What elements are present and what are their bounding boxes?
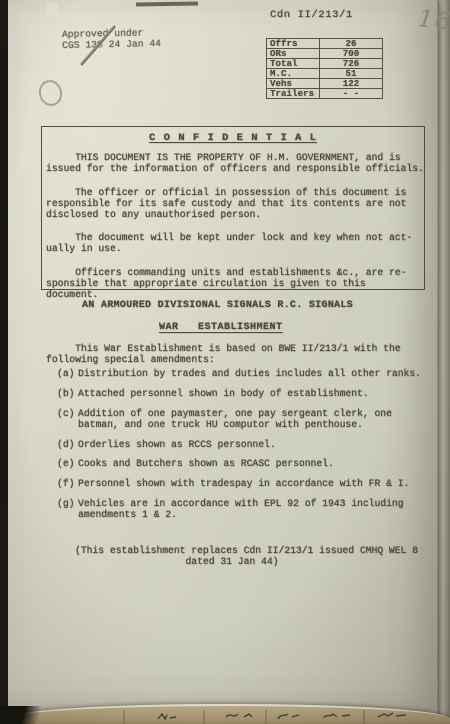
paper-chip: [46, 3, 58, 17]
table-label: Offrs: [267, 39, 320, 49]
table-row: Offrs 26: [267, 39, 383, 49]
list-item: (a) Distribution by trades and duties in…: [57, 368, 437, 379]
table-row: ORs 700: [267, 49, 383, 59]
item-label: (c): [57, 408, 78, 430]
item-label: (g): [57, 498, 78, 520]
table-value: 122: [320, 79, 383, 89]
document-photo: Cdn II/213/1 16 Approved under CGS 139 2…: [0, 0, 450, 724]
document-subtitle: WAR ESTABLISHMENT: [159, 322, 283, 333]
doc-reference: Cdn II/213/1: [270, 10, 353, 21]
confidential-paragraph: Officers commanding units and establishm…: [46, 267, 420, 301]
list-item: (g) Vehicles are in accordance with EPL …: [57, 498, 437, 520]
table-value: 700: [320, 49, 383, 59]
document-title: AN ARMOURED DIVISIONAL SIGNALS R.C. SIGN…: [82, 300, 353, 311]
summary-table: Offrs 26 ORs 700 Total 726 M.C. 51 Vehs …: [266, 38, 383, 99]
replacement-footnote: (This establishment replaces Cdn II/213/…: [75, 545, 418, 567]
table-label: ORs: [267, 49, 320, 59]
item-text: Addition of one paymaster, one pay serge…: [78, 408, 392, 430]
item-text: Cooks and Butchers shown as RCASC person…: [78, 458, 334, 469]
table-label: Trailers: [267, 89, 320, 99]
item-label: (d): [57, 439, 78, 450]
table-value: 726: [320, 59, 383, 69]
table-value: 26: [320, 39, 383, 49]
list-item: (e) Cooks and Butchers shown as RCASC pe…: [57, 458, 437, 469]
intro-paragraph: This War Establishment is based on BWE I…: [46, 343, 401, 365]
pencil-page-number: 16: [417, 4, 450, 35]
list-item: (c) Addition of one paymaster, one pay s…: [57, 408, 437, 430]
confidential-paragraph: The document will be kept under lock and…: [46, 232, 420, 254]
document-page: Cdn II/213/1 16 Approved under CGS 139 2…: [8, 0, 438, 718]
item-label: (f): [57, 478, 78, 489]
illegible-handwriting: [106, 710, 436, 724]
item-label: (a): [57, 368, 78, 379]
table-row: Trailers - -: [267, 89, 383, 99]
confidential-paragraph: THIS DOCUMENT IS THE PROPERTY OF H.M. GO…: [46, 152, 420, 174]
ring-stain-mark: [36, 78, 65, 109]
item-label: (b): [57, 388, 78, 399]
table-row: M.C. 51: [267, 69, 383, 79]
page-top-edge-mark: [136, 1, 198, 6]
table-label: M.C.: [267, 69, 320, 79]
table-label: Vehs: [267, 79, 320, 89]
table-label: Total: [267, 59, 320, 69]
photo-corner-shadow: [0, 706, 42, 724]
list-item: (b) Attached personnel shown in body of …: [57, 388, 437, 399]
list-item: (d) Orderlies shown as RCCS personnel.: [57, 439, 437, 450]
item-text: Personnel shown with tradespay in accord…: [78, 478, 409, 489]
confidential-heading: C O N F I D E N T I A L: [46, 133, 420, 144]
item-label: (e): [57, 458, 78, 469]
confidential-notice-box: C O N F I D E N T I A L THIS DOCUMENT IS…: [41, 126, 425, 290]
item-text: Orderlies shown as RCCS personnel.: [78, 439, 276, 450]
paper-chip: [16, 56, 23, 72]
item-text: Vehicles are in accordance with EPL 92 o…: [78, 498, 404, 520]
confidential-paragraph: The officer or official in possession of…: [46, 187, 420, 221]
table-value: - -: [320, 89, 383, 99]
item-text: Distribution by trades and duties includ…: [78, 368, 421, 379]
table-value: 51: [320, 69, 383, 79]
item-text: Attached personnel shown in body of esta…: [78, 388, 369, 399]
table-row: Total 726: [267, 59, 383, 69]
amendments-list: (a) Distribution by trades and duties in…: [57, 368, 437, 529]
table-row: Vehs 122: [267, 79, 383, 89]
list-item: (f) Personnel shown with tradespay in ac…: [57, 478, 437, 489]
